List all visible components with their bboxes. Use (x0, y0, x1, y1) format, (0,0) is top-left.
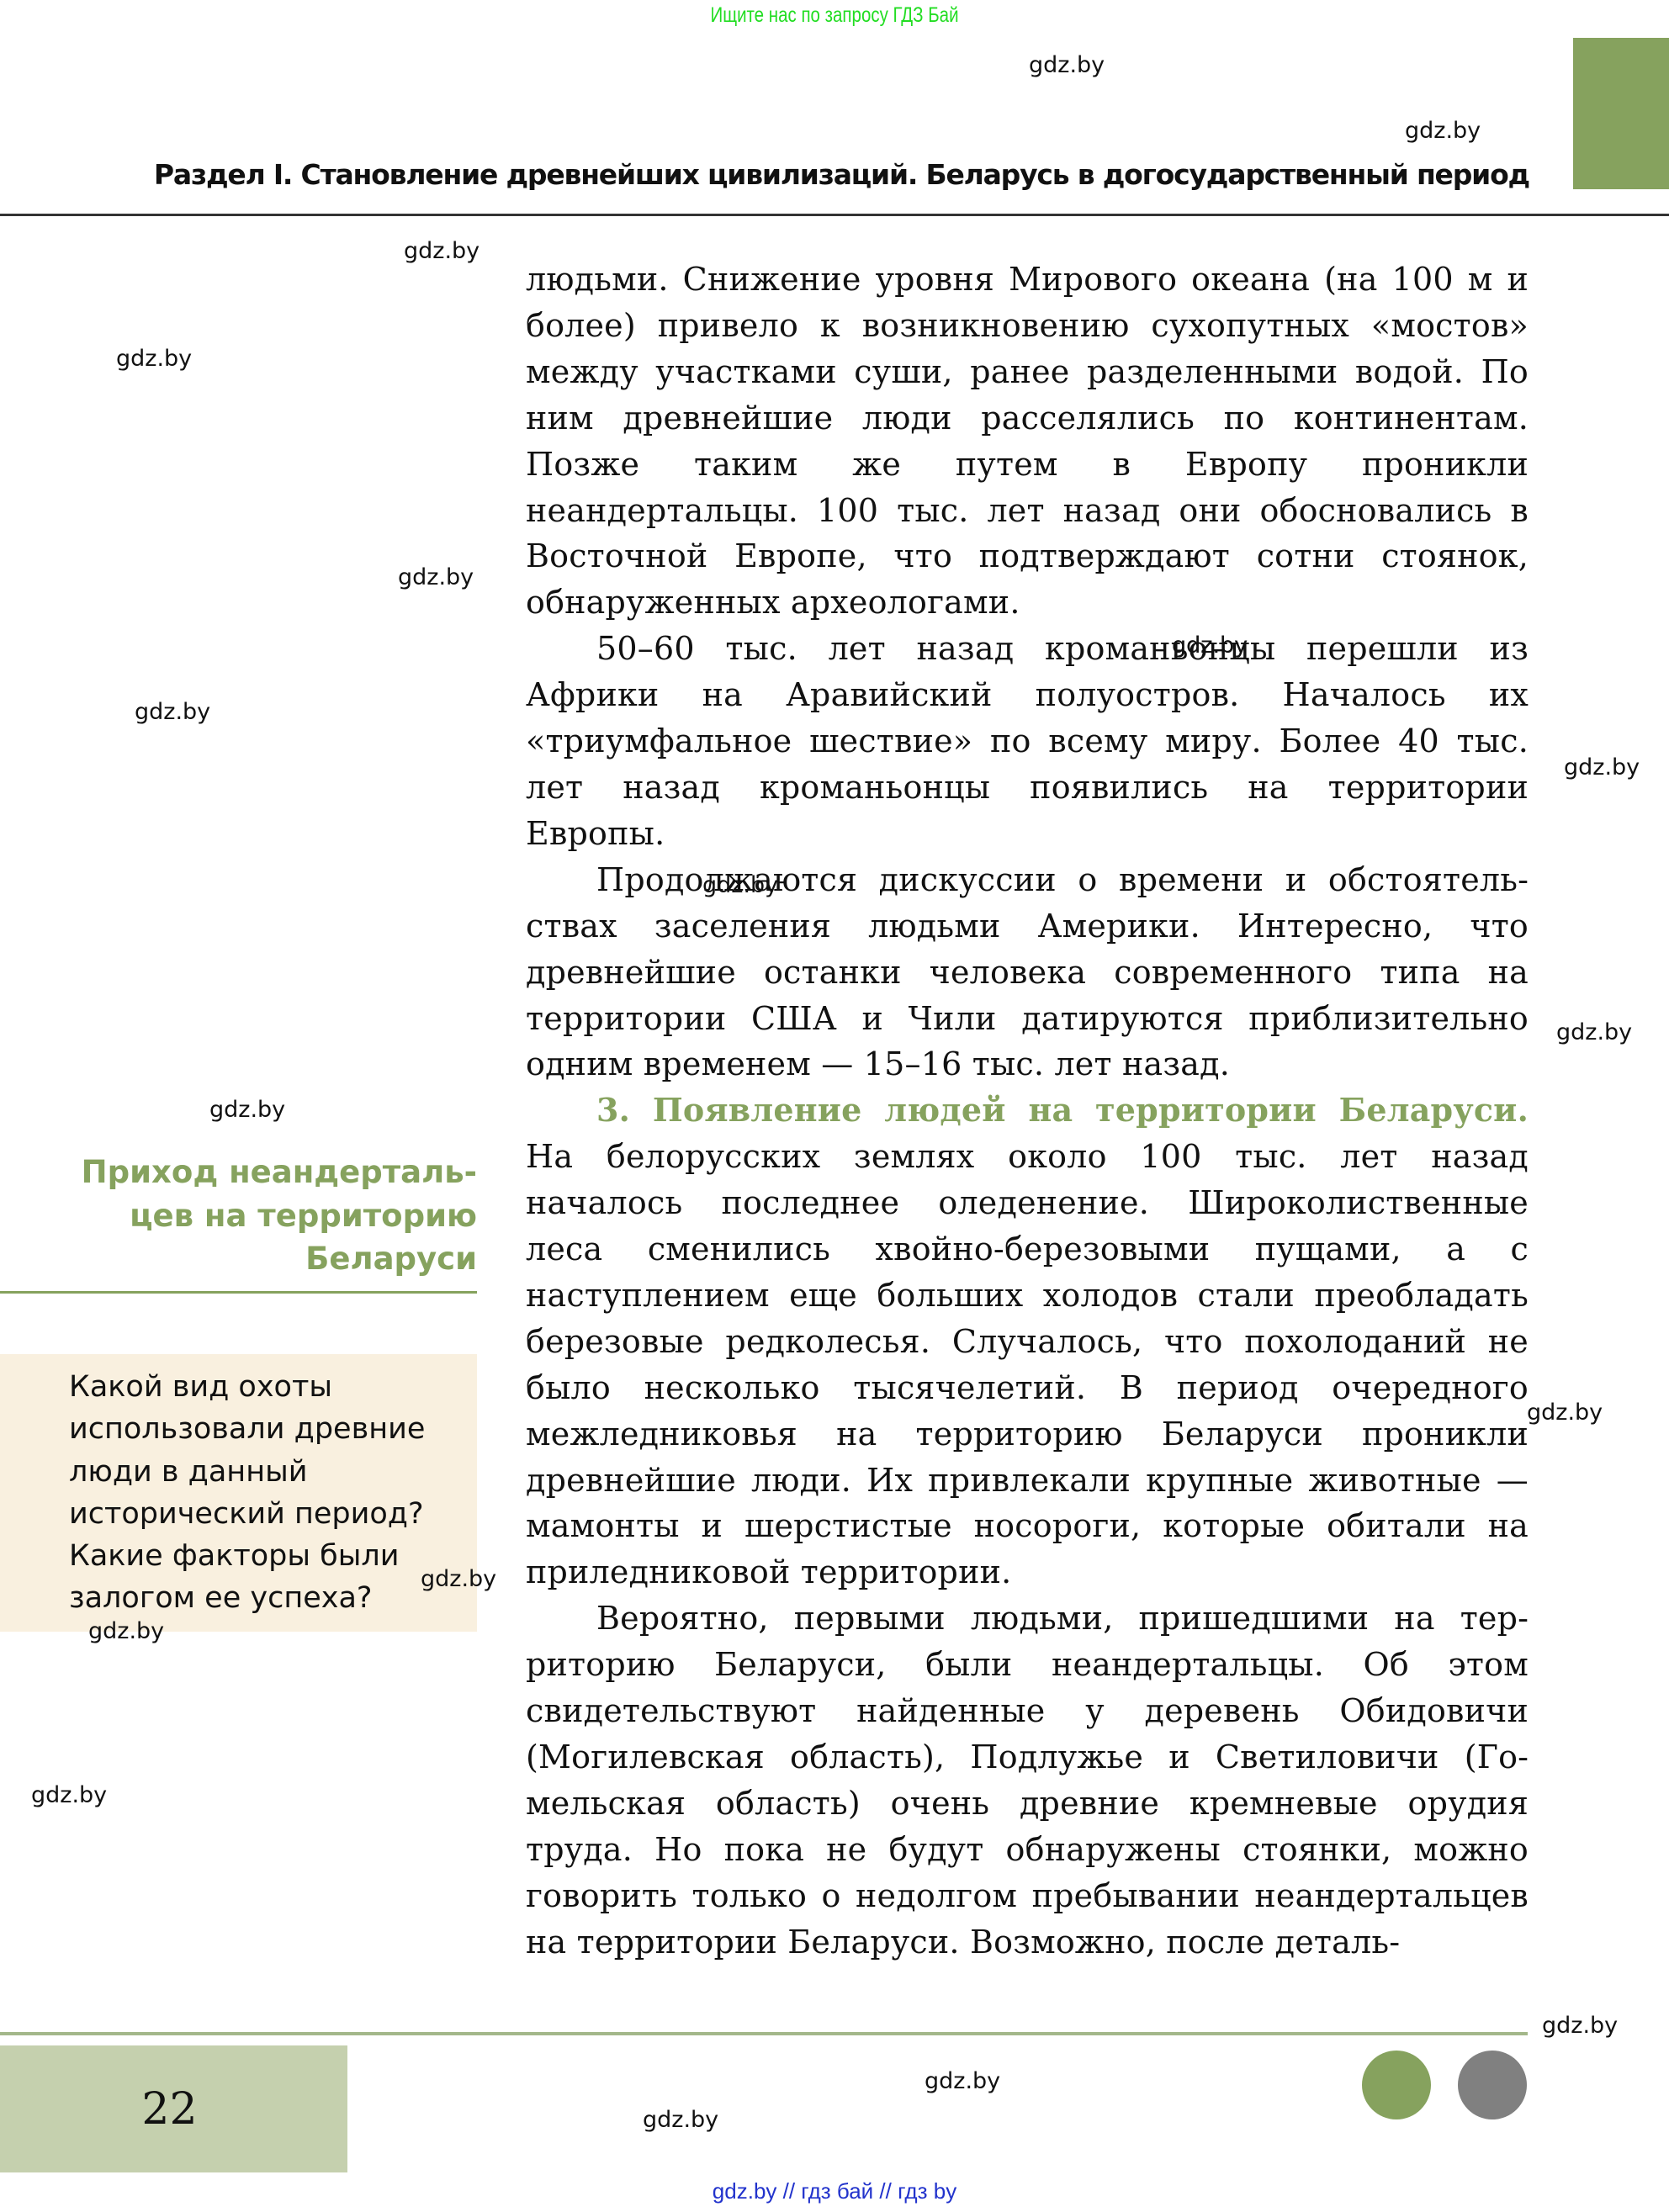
watermark: gdz.by (1542, 2013, 1618, 2039)
watermark: gdz.by (1564, 754, 1640, 781)
paragraph: 3. Появление людей на территории Беларус… (526, 1087, 1529, 1595)
watermark: gdz.by (1527, 1400, 1603, 1426)
watermark: gdz.by (404, 238, 480, 264)
paragraph: Продолжаются дискуссии о времени и обсто… (526, 857, 1529, 1088)
watermark: gdz.by (925, 2068, 1000, 2094)
paragraph: 50–60 тыс. лет назад кроманьонцы перешли… (526, 626, 1529, 857)
question-line: залогом ее успеха? (69, 1577, 464, 1619)
running-header-title: Раздел I. Становление древнейших цивилиз… (133, 158, 1529, 191)
top-banner[interactable]: Ищите нас по запросу ГДЗ Бай (151, 3, 1519, 28)
paragraph: людьми. Снижение уровня Мирового океана … (526, 257, 1529, 626)
gray-circle-icon (1458, 2051, 1527, 2119)
watermark: gdz.by (135, 699, 210, 725)
question-line: исторический период? (69, 1493, 464, 1535)
watermark: gdz.by (1029, 52, 1105, 78)
watermark: gdz.by (1556, 1019, 1632, 1045)
watermark: gdz.by (209, 1097, 285, 1123)
green-circle-icon (1362, 2051, 1431, 2119)
section-color-tab (1573, 38, 1669, 189)
margin-heading-line: цев на территорию (0, 1194, 477, 1238)
page-number: 22 (141, 2084, 197, 2135)
watermark: gdz.by (1172, 632, 1248, 659)
watermark: gdz.by (116, 346, 192, 372)
header-divider (0, 214, 1669, 216)
section-heading: 3. Появление людей на территории Беларус… (596, 1091, 1529, 1129)
footer-links[interactable]: gdz.by // гдз бай // гдз by (0, 2178, 1669, 2204)
paragraph-text: На белорусских землях около 100 тыс. лет… (526, 1138, 1529, 1590)
watermark: gdz.by (88, 1618, 164, 1644)
watermark: gdz.by (421, 1566, 496, 1592)
page-number-box: 22 (0, 2045, 347, 2172)
main-text-column: людьми. Снижение уровня Мирового океана … (526, 257, 1529, 1966)
question-line: люди в данный (69, 1451, 464, 1493)
question-line: Какой вид охоты (69, 1366, 464, 1408)
margin-heading-line: Приход неандерталь- (0, 1151, 477, 1194)
watermark: gdz.by (1405, 118, 1481, 144)
question-line: использовали древние (69, 1408, 464, 1450)
watermark: gdz.by (31, 1782, 107, 1808)
margin-heading-line: Беларуси (0, 1237, 477, 1281)
question-text: Какой вид охоты использовали древние люд… (69, 1366, 464, 1620)
margin-heading: Приход неандерталь- цев на территорию Бе… (0, 1151, 477, 1281)
watermark: gdz.by (643, 2107, 718, 2133)
paragraph: Вероятно, первыми людьми, пришедшими на … (526, 1595, 1529, 1965)
question-line: Какие факторы были (69, 1535, 464, 1577)
watermark: gdz.by (398, 564, 474, 590)
footer-divider (0, 2032, 1528, 2035)
margin-heading-divider (0, 1291, 477, 1294)
